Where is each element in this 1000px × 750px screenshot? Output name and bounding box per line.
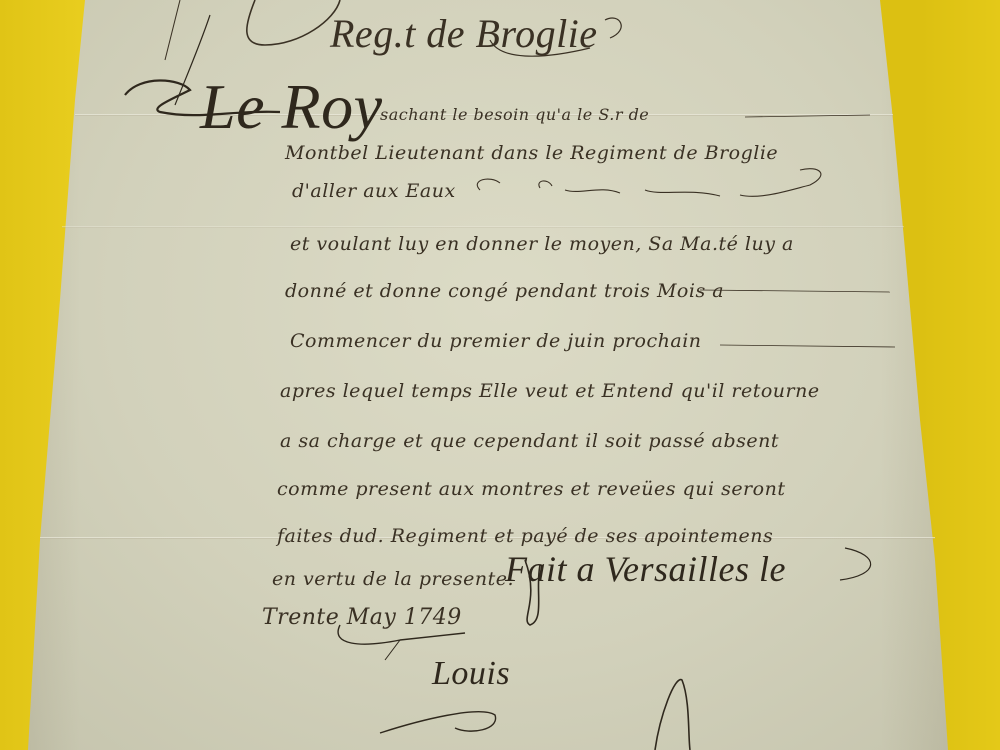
body-line-1: sachant le besoin qu'a le S.r de: [380, 105, 649, 124]
closing-fait-a-versailles: Fait a Versailles le: [505, 548, 786, 590]
body-line-9: comme present aux montres et reveües qui…: [277, 478, 785, 500]
regiment-heading: Reg.t de Broglie: [330, 10, 598, 57]
body-line-2: Montbel Lieutenant dans le Regiment de B…: [285, 142, 778, 164]
body-line-4: et voulant luy en donner le moyen, Sa Ma…: [290, 233, 794, 255]
body-line-7: apres lequel temps Elle veut et Entend q…: [280, 380, 820, 402]
fold-line-upper: [62, 226, 904, 228]
body-line-3: d'aller aux Eaux: [292, 180, 456, 202]
body-line-5: donné et donne congé pendant trois Mois …: [285, 280, 724, 302]
date-line: Trente May 1749: [262, 605, 462, 630]
body-line-10: faites dud. Regiment et payé de ses apoi…: [277, 525, 773, 547]
body-line-6: Commencer du premier de juin prochain: [290, 330, 702, 352]
signature-louis: Louis: [432, 655, 510, 693]
body-line-11: en vertu de la presente.: [272, 568, 514, 590]
body-line-8: a sa charge et que cependant il soit pas…: [280, 430, 779, 452]
opening-le-roy: Le Roy: [200, 70, 383, 144]
